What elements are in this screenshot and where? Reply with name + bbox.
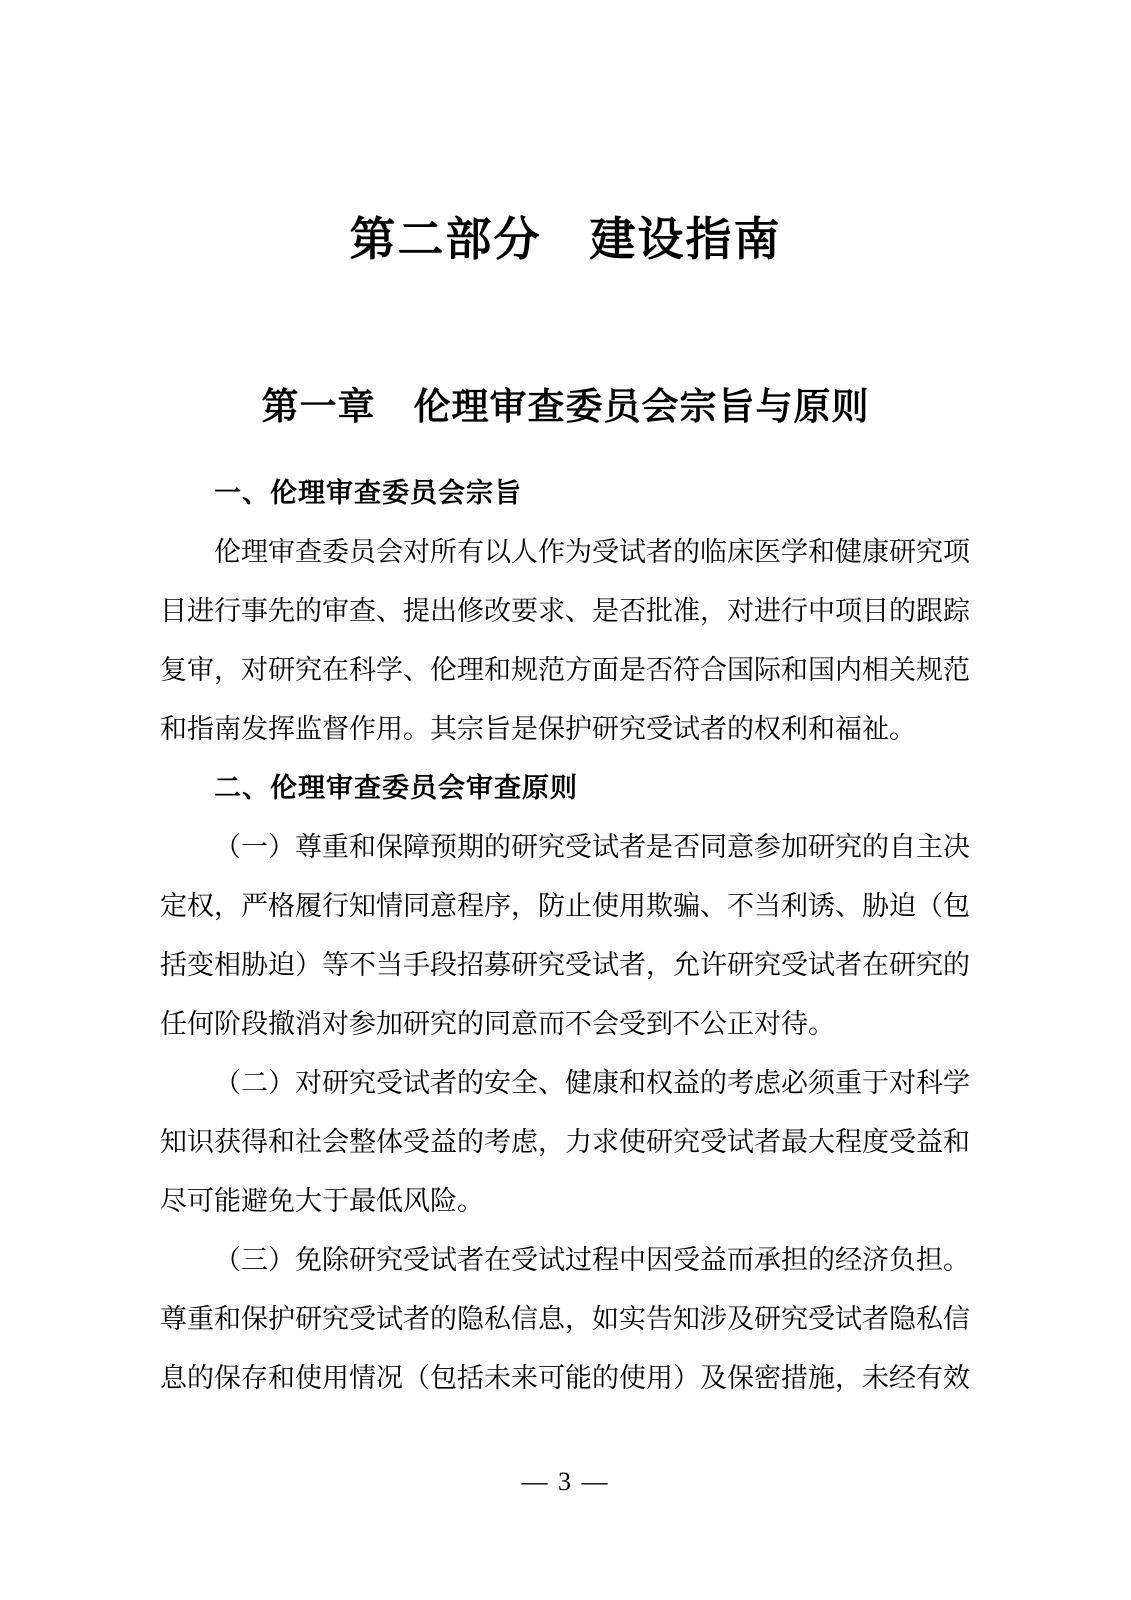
section-heading: 二、伦理审查委员会审查原则 [160, 759, 972, 818]
section-heading: 一、伦理审查委员会宗旨 [160, 464, 972, 523]
paragraph: 伦理审查委员会对所有以人作为受试者的临床医学和健康研究项 目进行事先的审查、提出… [160, 523, 972, 759]
document-body: 一、伦理审查委员会宗旨伦理审查委员会对所有以人作为受试者的临床医学和健康研究项 … [160, 464, 972, 1408]
paragraph: （一）尊重和保障预期的研究受试者是否同意参加研究的自主决 定权，严格履行知情同意… [160, 818, 972, 1054]
part-title: 第二部分 建设指南 [0, 216, 1131, 262]
chapter-title: 第一章 伦理审查委员会宗旨与原则 [0, 388, 1131, 425]
page-number: — 3 — [0, 1466, 1131, 1497]
paragraph: （二）对研究受试者的安全、健康和权益的考虑必须重于对科学 知识获得和社会整体受益… [160, 1054, 972, 1231]
paragraph: （三）免除研究受试者在受试过程中因受益而承担的经济负担。 尊重和保护研究受试者的… [160, 1231, 972, 1408]
document-page: 第二部分 建设指南 第一章 伦理审查委员会宗旨与原则 一、伦理审查委员会宗旨伦理… [0, 0, 1131, 1600]
